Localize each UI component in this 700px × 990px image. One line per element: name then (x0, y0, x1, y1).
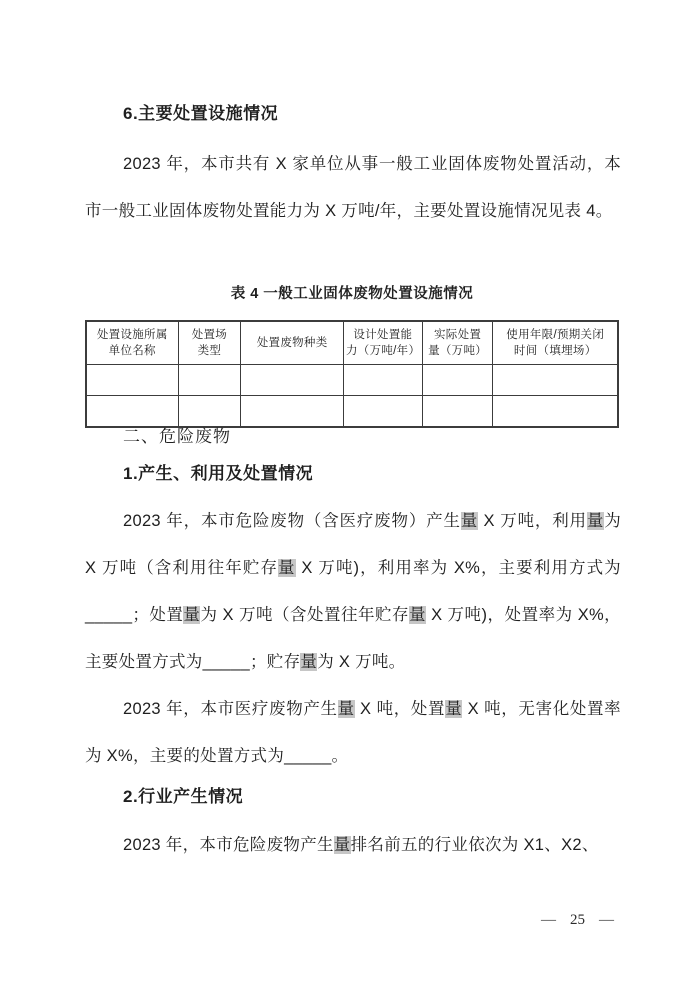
text-segment: 2023 年，本市医疗废物产生 (123, 700, 338, 718)
text-segment: 为 X 万吨。 (317, 653, 405, 671)
highlighted-char: 量 (334, 836, 351, 854)
table-row (86, 365, 618, 396)
table-cell-empty (178, 365, 241, 396)
table-cell-empty (86, 365, 178, 396)
page-number: 25 (570, 912, 585, 928)
heading-generation-use-disposal: 1.产生、利用及处置情况 (123, 464, 313, 484)
footer-right-dash: — (599, 912, 614, 928)
highlighted-char: 量 (445, 700, 462, 718)
highlighted-char: 量 (587, 512, 604, 530)
text-segment: 排名前五的行业依次为 X1、X2、 (351, 836, 599, 854)
text-segment: X 吨，处置 (355, 700, 445, 718)
highlighted-char: 量 (278, 559, 296, 577)
highlighted-char: 量 (461, 512, 478, 530)
heading-hazardous-waste: 二、危险废物 (123, 427, 231, 447)
table-header-waste-kind: 处置废物种类 (241, 321, 344, 365)
text-segment: 为 X 万吨（含处置往年贮存 (200, 606, 409, 624)
highlighted-char: 量 (409, 606, 426, 624)
table-cell-empty (343, 396, 422, 428)
paragraph-hazardous-overview: 2023 年，本市危险废物（含医疗废物）产生量 X 万吨，利用量为 X 万吨（含… (85, 498, 621, 686)
table-4-title: 表 4 一般工业固体废物处置设施情况 (85, 284, 619, 304)
highlighted-char: 量 (183, 606, 200, 624)
table-header-site-type: 处置场 类型 (178, 321, 241, 365)
table-cell-empty (178, 396, 241, 428)
heading-disposal-facilities: 6.主要处置设施情况 (123, 104, 278, 124)
heading-industry-generation: 2.行业产生情况 (123, 787, 243, 807)
paragraph-medical-waste: 2023 年，本市医疗废物产生量 X 吨，处置量 X 吨，无害化处置率为 X%，… (85, 686, 621, 780)
text-segment: X 万吨，利用 (478, 512, 587, 530)
text-segment: 2023 年，本市危险废物产生 (123, 836, 334, 854)
table-cell-empty (493, 365, 618, 396)
table-cell-empty (493, 396, 618, 428)
highlighted-char: 量 (300, 653, 317, 671)
footer-left-dash: — (541, 912, 556, 928)
table-cell-empty (86, 396, 178, 428)
highlighted-char: 量 (338, 700, 355, 718)
table-cell-empty (343, 365, 422, 396)
document-page: 6.主要处置设施情况 2023 年，本市共有 X 家单位从事一般工业固体废物处置… (0, 0, 700, 990)
table-header-design-capacity: 设计处置能 力（万吨/年） (343, 321, 422, 365)
table-4-disposal-facilities: 处置设施所属 单位名称 处置场 类型 处置废物种类 设计处置能 力（万吨/年） … (85, 320, 619, 428)
page-footer: —25— (541, 910, 614, 930)
text-segment: 2023 年，本市危险废物（含医疗废物）产生 (123, 512, 461, 530)
table-header-row: 处置设施所属 单位名称 处置场 类型 处置废物种类 设计处置能 力（万吨/年） … (86, 321, 618, 365)
paragraph-industry-ranking: 2023 年，本市危险废物产生量排名前五的行业依次为 X1、X2、 (85, 822, 621, 869)
table-row (86, 396, 618, 428)
paragraph-disposal-overview: 2023 年，本市共有 X 家单位从事一般工业固体废物处置活动，本市一般工业固体… (85, 141, 621, 234)
table-header-service-life: 使用年限/预期关闭 时间（填埋场） (493, 321, 618, 365)
table-header-unit-name: 处置设施所属 单位名称 (86, 321, 178, 365)
table-cell-empty (241, 365, 344, 396)
table-cell-empty (422, 365, 493, 396)
table-cell-empty (422, 396, 493, 428)
table-cell-empty (241, 396, 344, 428)
table-header-actual-amount: 实际处置 量（万吨） (422, 321, 493, 365)
